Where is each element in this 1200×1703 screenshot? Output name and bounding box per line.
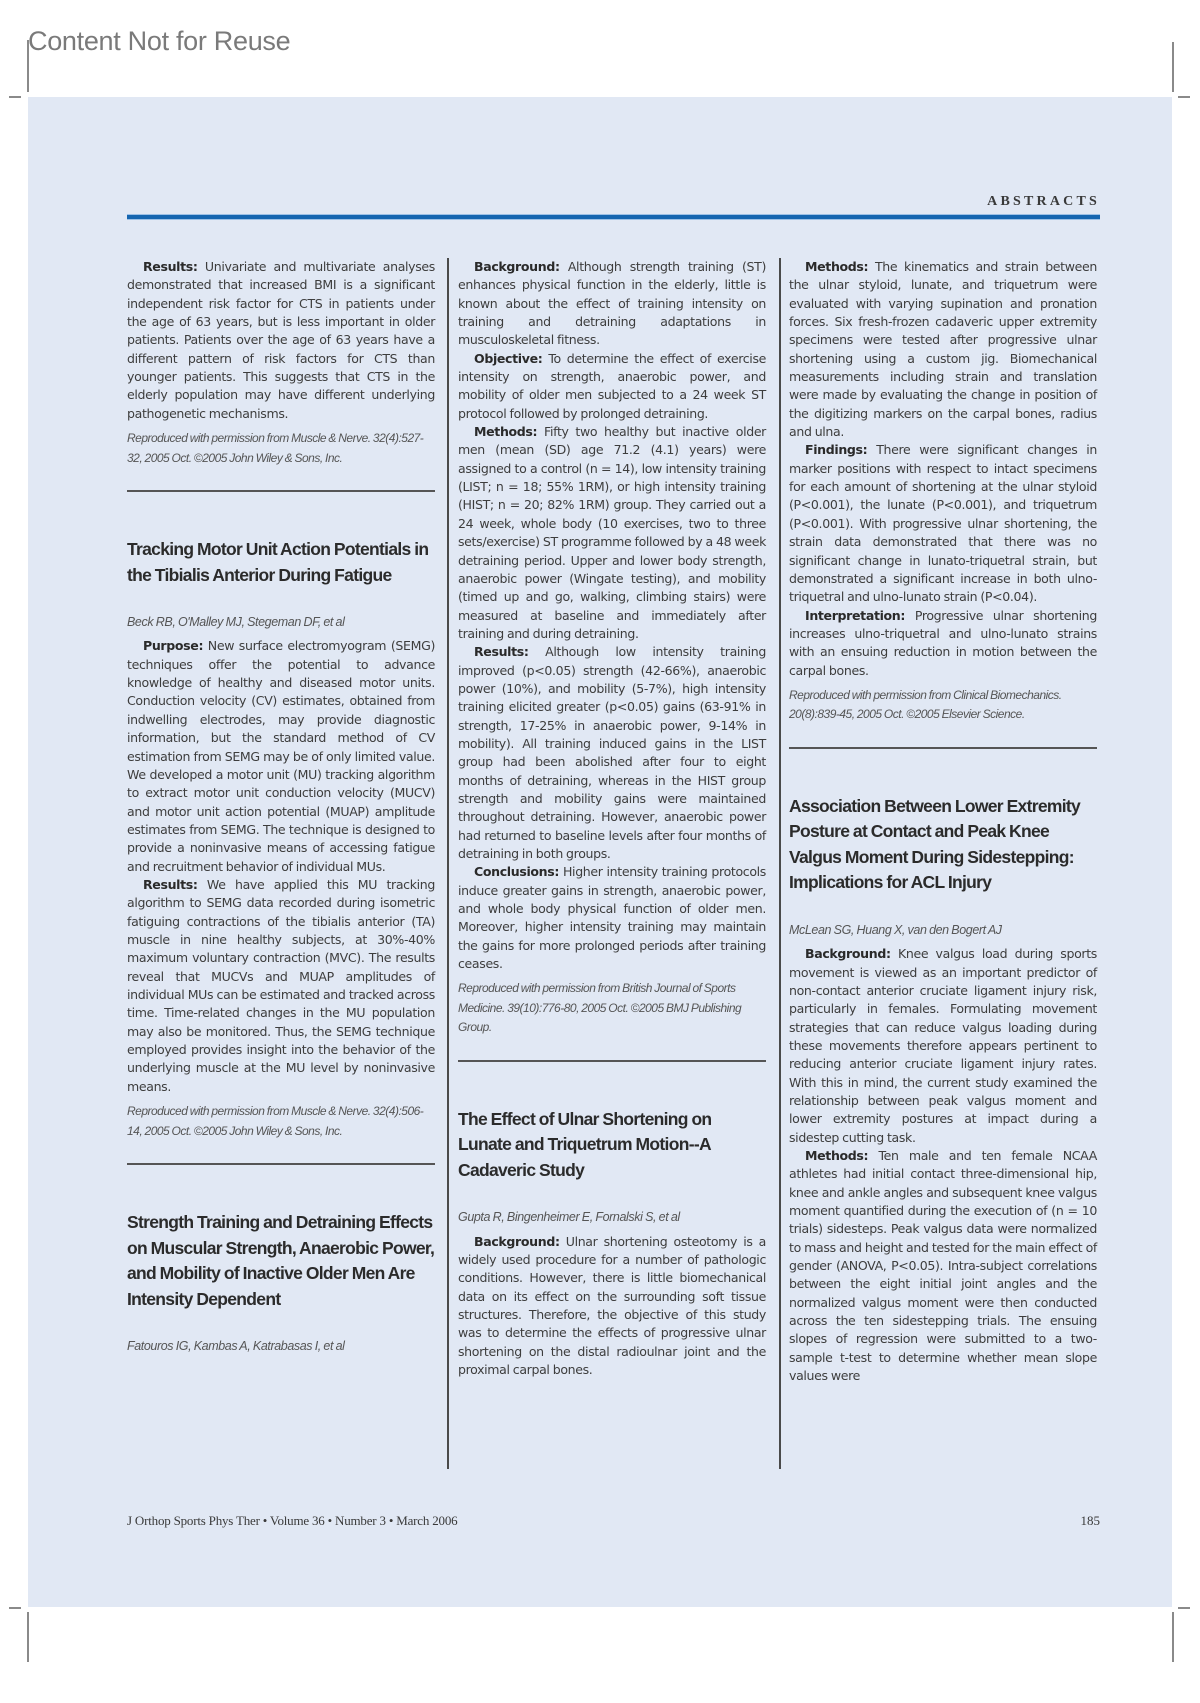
abstract-section-conclusions: Conclusions: Higher intensity training p…	[458, 863, 766, 973]
section-text: Ulnar shortening osteotomy is a widely u…	[458, 1234, 766, 1377]
section-label: Findings:	[805, 442, 867, 457]
abstract-section-methods: Methods: Fifty two healthy but inactive …	[458, 423, 766, 643]
article-separator	[458, 1060, 766, 1062]
abstract-section-results: Results: Although low intensity training…	[458, 643, 766, 863]
permission-credit: Reproduced with permission from Muscle &…	[127, 1102, 435, 1141]
journal-citation-footer: J Orthop Sports Phys Ther • Volume 36 • …	[127, 1513, 457, 1529]
article-title: Strength Training and Detraining Effects…	[127, 1210, 435, 1312]
permission-credit: Reproduced with permission from Clinical…	[789, 686, 1097, 725]
column-1: Results: Univariate and multivariate ana…	[127, 258, 435, 1361]
article-title: Tracking Motor Unit Action Potentials in…	[127, 537, 435, 588]
section-label: Results:	[143, 259, 198, 274]
section-text: Fifty two healthy but inactive older men…	[458, 424, 766, 641]
section-label: Purpose:	[143, 638, 203, 653]
abstract-section-findings: Findings: There were significant changes…	[789, 441, 1097, 606]
abstract-section-results: Results: We have applied this MU track­i…	[127, 876, 435, 1096]
abstract-section-results: Results: Univariate and multivariate ana…	[127, 258, 435, 423]
article-title: The Effect of Ulnar Shortening on Lunate…	[458, 1107, 766, 1184]
crop-mark-top-right-vertical	[1172, 42, 1174, 92]
crop-mark-top-left-vertical	[27, 40, 29, 92]
article-separator	[127, 1163, 435, 1165]
article-separator	[789, 747, 1097, 749]
watermark-text: Content Not for Reuse	[28, 26, 290, 57]
section-text: Ten male and ten female NCAA athletes ha…	[789, 1148, 1097, 1383]
abstract-section-purpose: Purpose: New surface electromyogram (SEM…	[127, 637, 435, 875]
section-header: ABSTRACTS	[987, 194, 1100, 210]
permission-credit: Reproduced with permission from British …	[458, 979, 766, 1038]
section-text: Although low intensity training improved…	[458, 644, 766, 861]
abstract-section-interpretation: Interpretation: Progressive ulnar shorte…	[789, 607, 1097, 680]
article-authors: Gupta R, Bingenheimer E, Fornalski S, et…	[458, 1208, 766, 1226]
permission-credit: Reproduced with permission from Muscle &…	[127, 429, 435, 468]
article-authors: McLean SG, Huang X, van den Bogert AJ	[789, 921, 1097, 939]
section-label: Objective:	[474, 351, 542, 366]
section-label: Results:	[143, 877, 198, 892]
crop-mark-bottom-right-horizontal	[1178, 1607, 1190, 1609]
section-label: Methods:	[805, 259, 868, 274]
section-label: Results:	[474, 644, 529, 659]
abstract-section-background: Background: Knee valgus load during spor…	[789, 945, 1097, 1147]
article-title: Association Between Lower Extremity Post…	[789, 794, 1097, 896]
section-label: Background:	[474, 1234, 560, 1249]
abstract-section-methods: Methods: The kinematics and strain be­tw…	[789, 258, 1097, 441]
column-divider-2	[779, 258, 781, 1469]
section-text: We have applied this MU track­ing algori…	[127, 877, 435, 1094]
article-authors: Fatouros IG, Kambas A, Katrabasas I, et …	[127, 1337, 435, 1355]
column-3: Methods: The kinematics and strain be­tw…	[789, 258, 1097, 1386]
section-text: Univariate and multivariate analyses dem…	[127, 259, 435, 421]
column-divider-1	[447, 258, 449, 1469]
section-label: Interpretation:	[805, 608, 905, 623]
section-text: There were significant changes in marker…	[789, 442, 1097, 604]
crop-mark-bottom-left-horizontal	[9, 1607, 21, 1609]
section-label: Methods:	[474, 424, 537, 439]
section-label: Background:	[474, 259, 560, 274]
section-text: Higher intensity training pro­tocols ind…	[458, 864, 766, 971]
crop-mark-top-left-horizontal	[9, 96, 21, 98]
page-number: 185	[1081, 1513, 1101, 1529]
article-authors: Beck RB, O'Malley MJ, Stegeman DF, et al	[127, 613, 435, 631]
section-label: Background:	[805, 946, 891, 961]
crop-mark-top-right-horizontal	[1178, 96, 1190, 98]
abstract-section-methods: Methods: Ten male and ten female NCAA at…	[789, 1147, 1097, 1385]
abstract-section-background: Background: Ulnar shortening osteotomy i…	[458, 1233, 766, 1380]
crop-mark-bottom-right-vertical	[1172, 1612, 1174, 1662]
section-label: Methods:	[805, 1148, 868, 1163]
section-text: The kinematics and strain be­tween the u…	[789, 259, 1097, 439]
column-2: Background: Although strength training (…	[458, 258, 766, 1380]
abstract-section-objective: Objective: To determine the effect of ex…	[458, 350, 766, 423]
crop-mark-bottom-left-vertical	[27, 1612, 29, 1662]
section-text: Knee valgus load during sports movement …	[789, 946, 1097, 1144]
section-label: Conclusions:	[474, 864, 559, 879]
section-text: New surface electromyogram (SEMG) techni…	[127, 638, 435, 873]
article-separator	[127, 490, 435, 492]
header-rule	[127, 215, 1100, 219]
abstract-section-background: Background: Although strength training (…	[458, 258, 766, 350]
